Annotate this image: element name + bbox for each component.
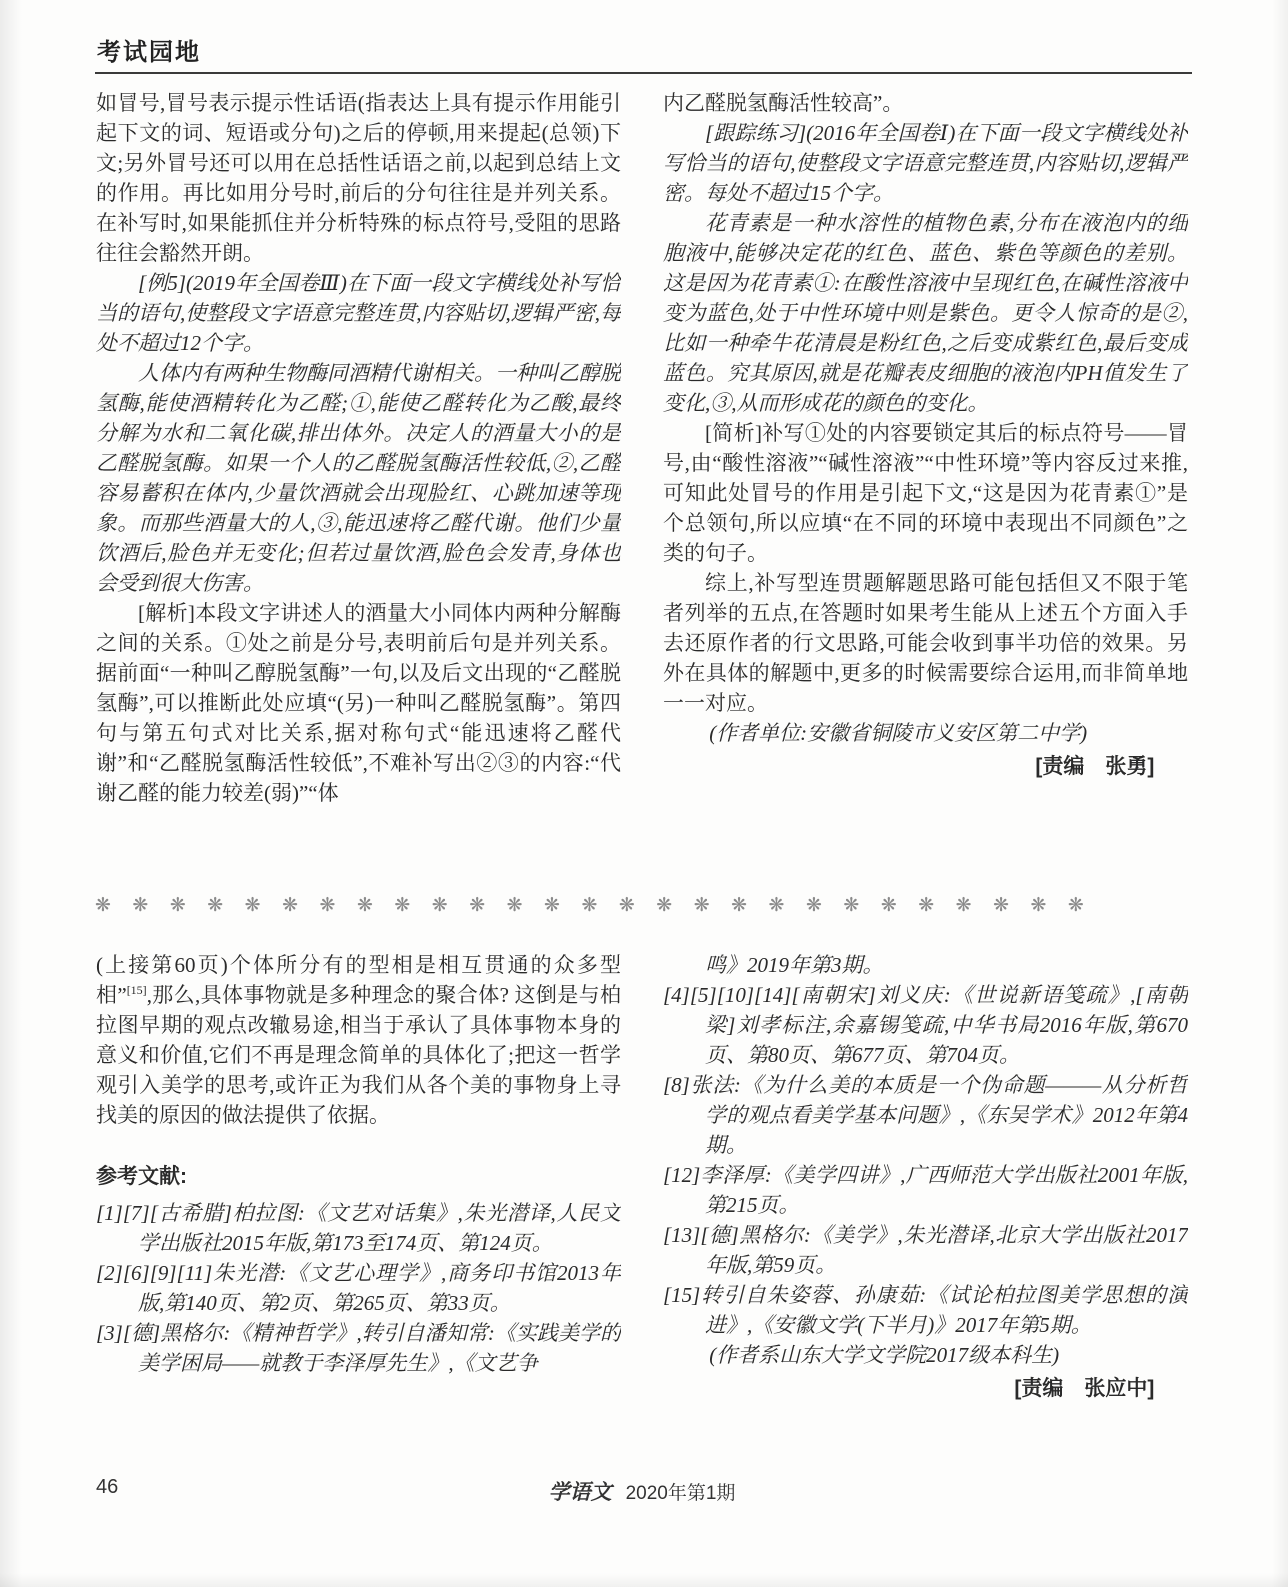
paragraph-example5-analysis: [解析]本段文字讲述人的酒量大小同体内两种分解酶之间的关系。①处之前是分号,表明… — [96, 598, 621, 808]
footer-journal-line: 学语文2020年第1期 — [96, 1476, 1188, 1506]
passage-alcohol-enzymes: 人体内有两种生物酶同酒精代谢相关。一种叫乙醇脱氢酶,能使酒精转化为乙醛;①,能使… — [96, 358, 621, 598]
paragraph-analysis-continued: 内乙醛脱氢酶活性较高”。 — [663, 88, 1188, 118]
editor-credit-line: [责编 张勇] — [663, 752, 1188, 782]
bottom-section: (上接第60页)个体所分有的型相是相互贯通的众多型相”[15],那么,具体事物就… — [96, 950, 1188, 1468]
reference-item-8: [8]张法:《为什么美的本质是一个伪命题———从分析哲学的观点看美学基本问题》,… — [663, 1070, 1188, 1160]
footnote-superscript: [15] — [127, 983, 147, 997]
reference-item-2-6-9-11: [2][6][9][11]朱光潜:《文艺心理学》,商务印书馆2013年版,第14… — [96, 1258, 621, 1318]
reference-item-4-5-10-14: [4][5][10][14][南朝宋]刘义庆:《世说新语笺疏》,[南朝梁]刘孝标… — [663, 980, 1188, 1070]
paragraph-colon-usage: 如冒号,冒号表示提示性话语(指表达上具有提示作用能引起下文的词、短语或分句)之后… — [96, 88, 621, 268]
paragraph-practice-prompt: [跟踪练习](2016年全国卷Ⅰ)在下面一段文字横线处补写恰当的语句,使整段文字… — [663, 118, 1188, 208]
reference-item-1-7: [1][7][古希腊]柏拉图:《文艺对话集》,朱光潜译,人民文学出版社2015年… — [96, 1198, 621, 1258]
references-heading: 参考文献: — [96, 1162, 621, 1192]
header-rule — [95, 72, 1192, 74]
journal-title: 学语文 — [549, 1480, 612, 1504]
reference-item-15: [15]转引自朱姿蓉、孙康茹:《试论柏拉图美学思想的演进》,《安徽文学(下半月)… — [663, 1280, 1188, 1340]
magazine-page: 考试园地 如冒号,冒号表示提示性话语(指表达上具有提示作用能引起下文的词、短语或… — [0, 0, 1288, 1587]
paragraph-practice-analysis: [简析]补写①处的内容要锁定其后的标点符号——冒号,由“酸性溶液”“碱性溶液”“… — [663, 418, 1188, 568]
reference-item-13: [13][德]黑格尔:《美学》,朱光潜译,北京大学出版社2017年版,第59页。 — [663, 1220, 1188, 1280]
reference-item-3-continuation: 鸣》2019年第3期。 — [663, 950, 1188, 980]
author-affiliation-line: (作者单位:安徽省铜陵市义安区第二中学) — [663, 718, 1188, 748]
top-left-column: 如冒号,冒号表示提示性话语(指表达上具有提示作用能引起下文的词、短语或分句)之后… — [96, 88, 621, 888]
reference-item-12: [12]李泽厚:《美学四讲》,广西师范大学出版社2001年版,第215页。 — [663, 1160, 1188, 1220]
paragraph-continued-from-p60: (上接第60页)个体所分有的型相是相互贯通的众多型相”[15],那么,具体事物就… — [96, 950, 621, 1130]
passage-anthocyanin: 花青素是一种水溶性的植物色素,分布在液泡内的细胞液中,能够决定花的红色、蓝色、紫… — [663, 208, 1188, 418]
bottom-right-column: 鸣》2019年第3期。 [4][5][10][14][南朝宋]刘义庆:《世说新语… — [663, 950, 1188, 1468]
continued-text-after: ,那么,具体事物就是多种理念的聚合体? 这倒是与柏拉图早期的观点改辙易途,相当于… — [96, 983, 621, 1127]
top-section: 如冒号,冒号表示提示性话语(指表达上具有提示作用能引起下文的词、短语或分句)之后… — [96, 88, 1188, 888]
section-header-label: 考试园地 — [97, 32, 201, 67]
editor-credit-line-2: [责编 张应中] — [663, 1374, 1188, 1404]
bottom-left-column: (上接第60页)个体所分有的型相是相互贯通的众多型相”[15],那么,具体事物就… — [96, 950, 621, 1468]
page-footer: 46 学语文2020年第1期 — [96, 1476, 1188, 1506]
paragraph-conclusion: 综上,补写型连贯题解题思路可能包括但又不限于笔者列举的五点,在答题时如果考生能从… — [663, 568, 1188, 718]
top-right-column: 内乙醛脱氢酶活性较高”。 [跟踪练习](2016年全国卷Ⅰ)在下面一段文字横线处… — [663, 88, 1188, 888]
ornament-divider: ❋❋❋❋❋❋❋❋❋❋❋❋❋❋❋❋❋❋❋❋❋❋❋❋❋❋❋ — [95, 888, 1192, 922]
reference-item-3: [3][德]黑格尔:《精神哲学》,转引自潘知常:《实践美学的美学困局——就教于李… — [96, 1318, 621, 1378]
journal-issue: 2020年第1期 — [626, 1483, 736, 1504]
paragraph-example5-prompt: [例5](2019年全国卷Ⅲ)在下面一段文字横线处补写恰当的语句,使整段文字语意… — [96, 268, 621, 358]
author-identity-line: (作者系山东大学文学院2017级本科生) — [663, 1340, 1188, 1370]
